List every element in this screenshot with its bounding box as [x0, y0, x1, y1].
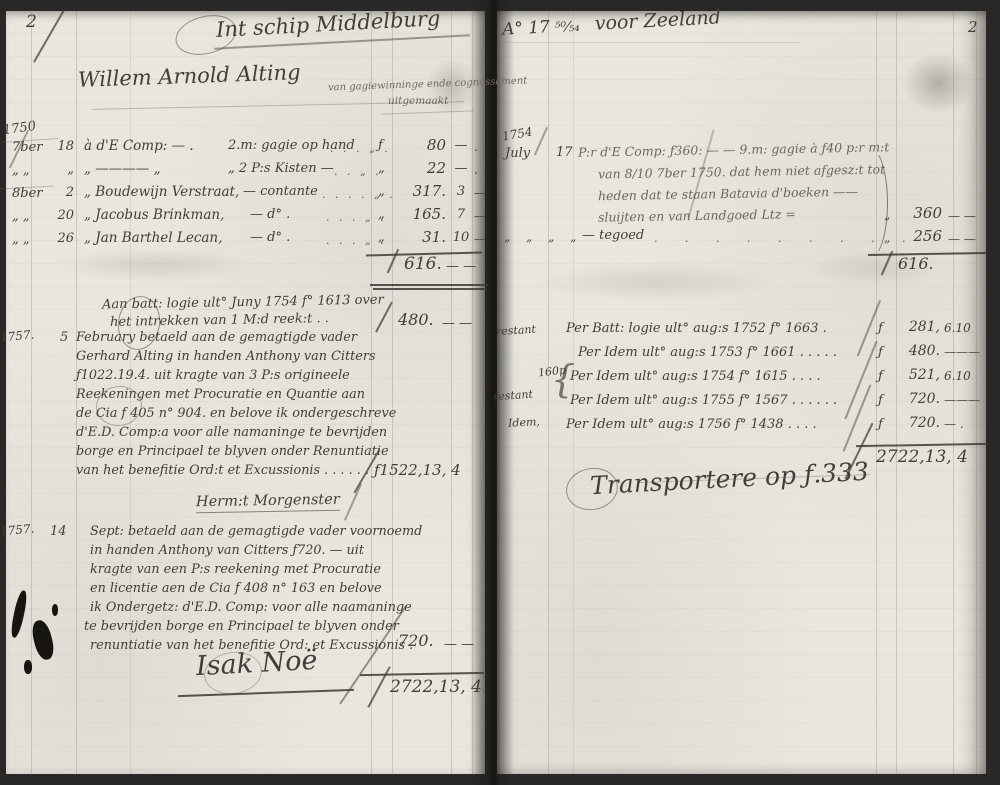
row-name: à d'E Comp: — .	[84, 140, 194, 154]
ink-blot	[52, 604, 58, 616]
amount-stuivers: — .	[944, 418, 964, 430]
row-day: 26	[54, 232, 74, 245]
ink-bleedthrough	[535, 262, 775, 302]
entry-line: de Cia f 405 n° 904. en belove ik onderg…	[76, 408, 396, 421]
amount-rest: — —	[948, 233, 976, 245]
ruled-line	[451, 11, 452, 774]
amount-stuivers: 3	[452, 185, 470, 198]
amount-guilders: 256	[898, 229, 942, 244]
entry-line: Gerhard Alting in handen Anthony van Cit…	[76, 351, 376, 364]
currency-mark: „	[884, 232, 890, 244]
row-detail: — d° .	[250, 208, 290, 221]
amount-guilders: 80	[394, 138, 446, 153]
ink-bleedthrough	[55, 248, 255, 282]
double-rule	[373, 288, 487, 290]
account-signature: Isak Noë	[195, 647, 318, 680]
row-month: 7ber	[12, 141, 43, 154]
entry-line: Per Idem ult° aug:s 1755 f° 1567 . . . .…	[570, 394, 837, 407]
row-day: 17	[556, 146, 573, 159]
amount-guilders: 22	[394, 161, 446, 176]
margin-note: restant	[493, 389, 534, 403]
amount-penningen: —	[474, 233, 486, 245]
entry-line: Per Idem ult° aug:s 1756 f° 1438 . . . .	[566, 418, 817, 431]
grand-total: 2722,13, 4	[876, 449, 968, 466]
row-detail: „ 2 P:s Kisten —	[228, 162, 334, 175]
currency-mark: „	[884, 209, 890, 221]
amount-guilders: 317.	[394, 184, 446, 199]
ledger-scan: 2 Int schip Middelburg Willem Arnold Alt…	[0, 0, 1000, 785]
entry-line: Reekeningen met Procuratie en Quantie aa…	[76, 389, 365, 402]
double-rule	[370, 284, 488, 286]
row-name: „ Jacobus Brinkman,	[84, 209, 224, 223]
ruled-line	[371, 11, 372, 774]
entry-line: Per Idem ult° aug:s 1753 f° 1661 . . . .…	[578, 346, 837, 359]
ink-blot	[24, 660, 32, 674]
currency-mark: ƒ	[878, 346, 883, 359]
row-month: „ „	[12, 233, 30, 246]
amount-guilders: 281,	[892, 320, 940, 334]
amount-rest: — —	[948, 210, 976, 222]
amount-stuivers: ———	[944, 394, 980, 406]
amount-stuivers: —	[452, 139, 470, 152]
amount-guilders: 165.	[394, 207, 446, 222]
currency-mark: „	[378, 208, 385, 221]
margin-note: Idem,	[508, 416, 540, 429]
entry-amount: 480.	[398, 312, 434, 328]
entry-line: het intrekken van 1 M:d reek:t . .	[110, 312, 329, 329]
entry-amount-rest: — —	[442, 317, 472, 330]
margin-note: restant	[496, 324, 537, 338]
currency-mark: ƒ	[878, 418, 883, 431]
currency-mark: „	[378, 185, 385, 198]
entry-year: 1757.	[0, 523, 35, 538]
grand-total: 2722,13, 4	[390, 679, 482, 696]
entry-line: te bevrijden borge en Principael te blyv…	[84, 621, 399, 634]
amount-guilders: 480.	[892, 344, 940, 358]
amount-stuivers: —	[452, 162, 470, 175]
amount-stuivers: 6.10	[944, 370, 971, 382]
amount-guilders: 720.	[892, 392, 940, 406]
currency-mark: „	[378, 162, 385, 175]
clerk-signature: Herm:t Morgenster	[196, 493, 340, 513]
row-name: „ Jan Barthel Lecan,	[84, 232, 222, 246]
amount-stuivers: 10	[452, 231, 470, 244]
currency-mark: „	[378, 231, 385, 244]
row-day: 18	[54, 140, 74, 153]
amount-guilders: 31.	[394, 230, 446, 245]
row-day: „	[54, 163, 74, 176]
amount-guilders: 360	[898, 206, 942, 221]
entry-day: 5	[60, 331, 68, 344]
currency-mark: ƒ	[878, 322, 883, 335]
row-month: 8ber	[12, 187, 43, 200]
entry-year: 1757.	[0, 329, 35, 344]
entry-line: Sept: betaeld aan de gemagtigde vader vo…	[90, 526, 422, 539]
left-folio-number: 2	[26, 14, 37, 31]
row-detail: — contante	[243, 185, 318, 198]
entry-line: kragte van een P:s reekening met Procura…	[90, 564, 381, 577]
amount-guilders: 720.	[892, 416, 940, 430]
entry-line: in handen Anthony van Citters ƒ720. — ui…	[90, 545, 364, 558]
entry-line: borge en Principael te blyven onder Renu…	[76, 446, 389, 459]
entry-line: van het benefitie Ord:t et Excussionis .…	[76, 465, 369, 478]
amount-penningen: —	[474, 187, 486, 199]
row-detail: — d° .	[250, 231, 290, 244]
entry-line: Per Batt: logie ult° aug:s 1752 f° 1663 …	[566, 322, 827, 335]
amount-stuivers: ———	[944, 346, 980, 358]
row-month: „ „	[12, 164, 30, 177]
currency-mark: ƒ	[378, 139, 383, 152]
dot-leader: . . . . . . . . .	[654, 233, 917, 244]
dot-leader: . . „ .	[334, 166, 382, 177]
ruled-line	[472, 11, 473, 774]
amount-penningen: .	[474, 164, 478, 176]
ruled-line	[548, 11, 549, 774]
amount-penningen: .	[474, 141, 478, 153]
currency-mark: ƒ	[878, 370, 883, 383]
entry-line: ik Ondergetz: d'E.D. Comp: voor alle naa…	[90, 602, 412, 615]
entry-line: February betaeld aan de gemagtigde vader	[76, 332, 357, 345]
ditto-marks: „ „ „ „	[504, 231, 582, 243]
entry-day: 14	[50, 525, 67, 538]
amount-penningen: —	[474, 210, 486, 222]
stain	[903, 52, 975, 114]
entry-line: en licentie aen de Cia f 408 n° 163 en b…	[90, 583, 382, 596]
ruled-line	[876, 11, 877, 774]
title-year-fraction: ⁵⁰⁄₅₄	[555, 19, 581, 36]
row-month: „ „	[12, 210, 30, 223]
row-name: „ ———— „	[84, 163, 161, 177]
ruled-line	[392, 11, 393, 774]
row-name: „ Boudewijn Verstraat,	[84, 186, 239, 200]
subtotal-value: 616.	[404, 256, 442, 273]
entry-amount-rest: — —	[444, 638, 474, 651]
amount-stuivers: 7	[452, 208, 470, 221]
entry-line: Per Idem ult° aug:s 1754 f° 1615 . . . .	[570, 370, 821, 383]
entry-line: d'E.D. Comp:a voor alle namaninge te bev…	[76, 427, 387, 440]
title-underline	[500, 42, 800, 43]
row-day: 2	[54, 186, 74, 199]
subtotal-value: 616.	[898, 256, 934, 272]
row-month: July	[505, 147, 530, 160]
entry-amount: 720.	[398, 633, 434, 649]
row-day: 20	[54, 209, 74, 222]
entry-amount: ƒ1522,13, 4	[374, 463, 461, 478]
currency-mark: ƒ	[878, 394, 883, 407]
right-folio-number: 2	[968, 20, 978, 35]
subtotal-rest: — —	[446, 260, 476, 273]
entry-line: ƒ1022.19.4. uit kragte van 3 P:s origine…	[76, 370, 350, 383]
row-detail: — tegoed	[582, 229, 644, 242]
amount-guilders: 521,	[892, 368, 940, 382]
title-anno: A° 17	[502, 17, 551, 39]
amount-stuivers: 6.10	[944, 322, 971, 334]
